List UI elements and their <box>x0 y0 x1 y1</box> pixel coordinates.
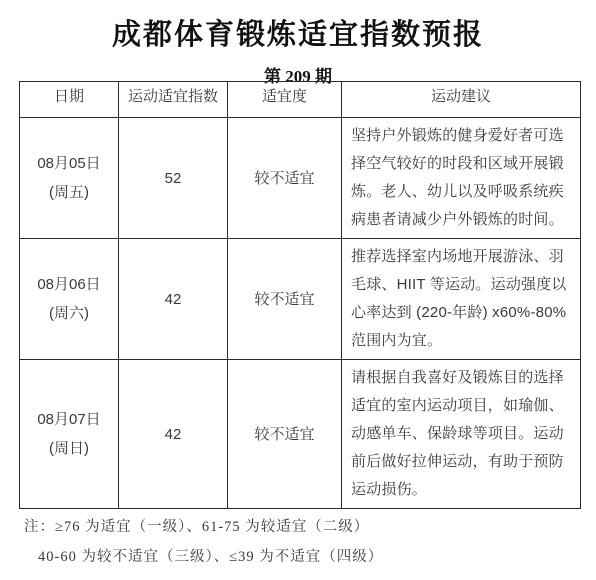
table-row: 08月06日 (周六) 42 较不适宜 推荐选择室内场地开展游泳、羽毛球、HII… <box>20 239 581 360</box>
date-cell: 08月05日 (周五) <box>20 118 119 239</box>
forecast-document: 成都体育锻炼适宜指数预报 第 209 期 日期 运动适宜指数 适宜度 运动建议 … <box>0 0 596 580</box>
date-value: 08月06日 <box>20 270 118 299</box>
legend-note-line-1: 注：≥76 为适宜（一级）、61-75 为较适宜（二级） <box>24 512 383 542</box>
page-title: 成都体育锻炼适宜指数预报 <box>0 12 596 53</box>
header-suitability: 适宜度 <box>228 82 342 118</box>
forecast-table: 日期 运动适宜指数 适宜度 运动建议 08月05日 (周五) 52 较不适宜 坚… <box>19 81 581 509</box>
header-exercise-index: 运动适宜指数 <box>119 82 228 118</box>
advice-cell: 请根据自我喜好及锻炼目的选择适宜的室内运动项目，如瑜伽、动感单车、保龄球等项目。… <box>342 360 581 509</box>
table-header-row: 日期 运动适宜指数 适宜度 运动建议 <box>20 82 581 118</box>
legend-note-line-2: 40-60 为较不适宜（三级）、≤39 为不适宜（四级） <box>24 542 383 572</box>
advice-cell: 坚持户外锻炼的健身爱好者可选择空气较好的时段和区域开展锻炼。老人、幼儿以及呼吸系… <box>342 118 581 239</box>
suitability-cell: 较不适宜 <box>228 360 342 509</box>
weekday-value: (周日) <box>20 434 118 463</box>
date-cell: 08月06日 (周六) <box>20 239 119 360</box>
date-value: 08月07日 <box>20 405 118 434</box>
advice-cell: 推荐选择室内场地开展游泳、羽毛球、HIIT 等运动。运动强度以心率达到 (220… <box>342 239 581 360</box>
date-cell: 08月07日 (周日) <box>20 360 119 509</box>
legend-notes: 注：≥76 为适宜（一级）、61-75 为较适宜（二级） 40-60 为较不适宜… <box>24 512 383 572</box>
date-value: 08月05日 <box>20 149 118 178</box>
weekday-value: (周五) <box>20 178 118 207</box>
index-cell: 52 <box>119 118 228 239</box>
header-advice: 运动建议 <box>342 82 581 118</box>
header-date: 日期 <box>20 82 119 118</box>
table-row: 08月05日 (周五) 52 较不适宜 坚持户外锻炼的健身爱好者可选择空气较好的… <box>20 118 581 239</box>
weekday-value: (周六) <box>20 299 118 328</box>
table-row: 08月07日 (周日) 42 较不适宜 请根据自我喜好及锻炼目的选择适宜的室内运… <box>20 360 581 509</box>
suitability-cell: 较不适宜 <box>228 118 342 239</box>
suitability-cell: 较不适宜 <box>228 239 342 360</box>
index-cell: 42 <box>119 239 228 360</box>
index-cell: 42 <box>119 360 228 509</box>
